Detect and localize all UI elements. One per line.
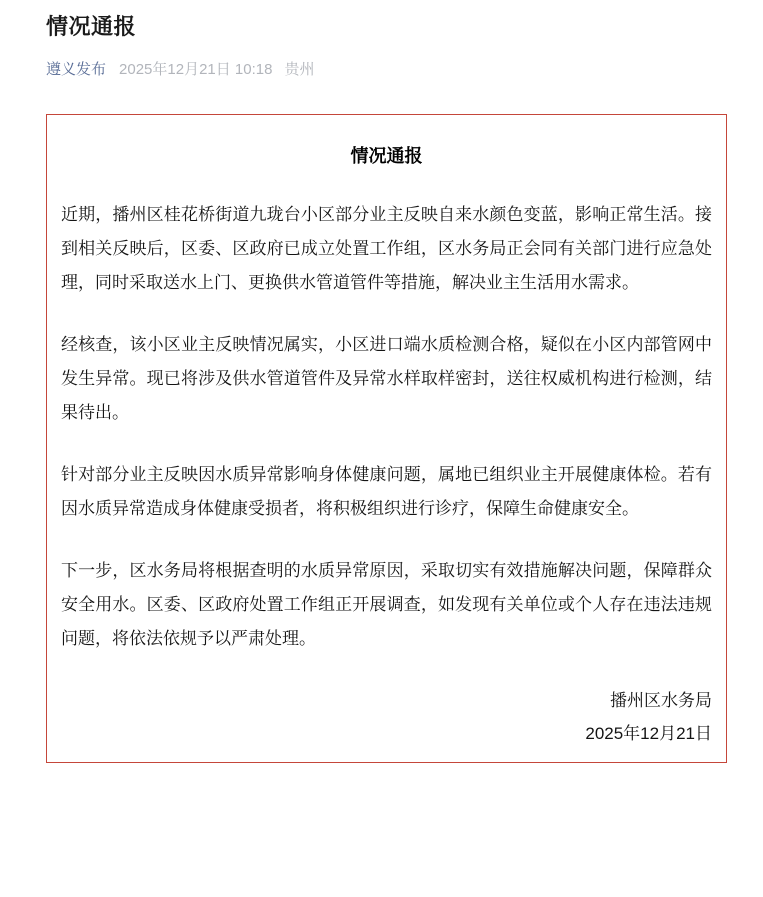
article-meta: 遵义发布 2025年12月21日 10:18 贵州 — [46, 59, 727, 80]
notice-box: 情况通报 近期，播州区桂花桥街道九珑台小区部分业主反映自来水颜色变蓝，影响正常生… — [46, 114, 727, 763]
article-page: 情况通报 遵义发布 2025年12月21日 10:18 贵州 情况通报 近期，播… — [0, 0, 763, 793]
notice-title: 情况通报 — [61, 144, 712, 168]
notice-paragraph: 经核查，该小区业主反映情况属实，小区进口端水质检测合格，疑似在小区内部管网中发生… — [61, 328, 712, 430]
signature-date: 2025年12月21日 — [61, 717, 712, 750]
notice-paragraph: 下一步，区水务局将根据查明的水质异常原因，采取切实有效措施解决问题，保障群众安全… — [61, 554, 712, 656]
publish-datetime: 2025年12月21日 10:18 — [119, 59, 272, 80]
account-name-link[interactable]: 遵义发布 — [46, 59, 106, 80]
notice-body: 近期，播州区桂花桥街道九珑台小区部分业主反映自来水颜色变蓝，影响正常生活。接到相… — [61, 198, 712, 656]
region-label: 贵州 — [284, 59, 314, 80]
notice-paragraph: 针对部分业主反映因水质异常影响身体健康问题，属地已组织业主开展健康体检。若有因水… — [61, 458, 712, 526]
notice-signature: 播州区水务局 2025年12月21日 — [61, 684, 712, 750]
article-title: 情况通报 — [46, 12, 727, 42]
notice-paragraph: 近期，播州区桂花桥街道九珑台小区部分业主反映自来水颜色变蓝，影响正常生活。接到相… — [61, 198, 712, 300]
signature-author: 播州区水务局 — [61, 684, 712, 717]
